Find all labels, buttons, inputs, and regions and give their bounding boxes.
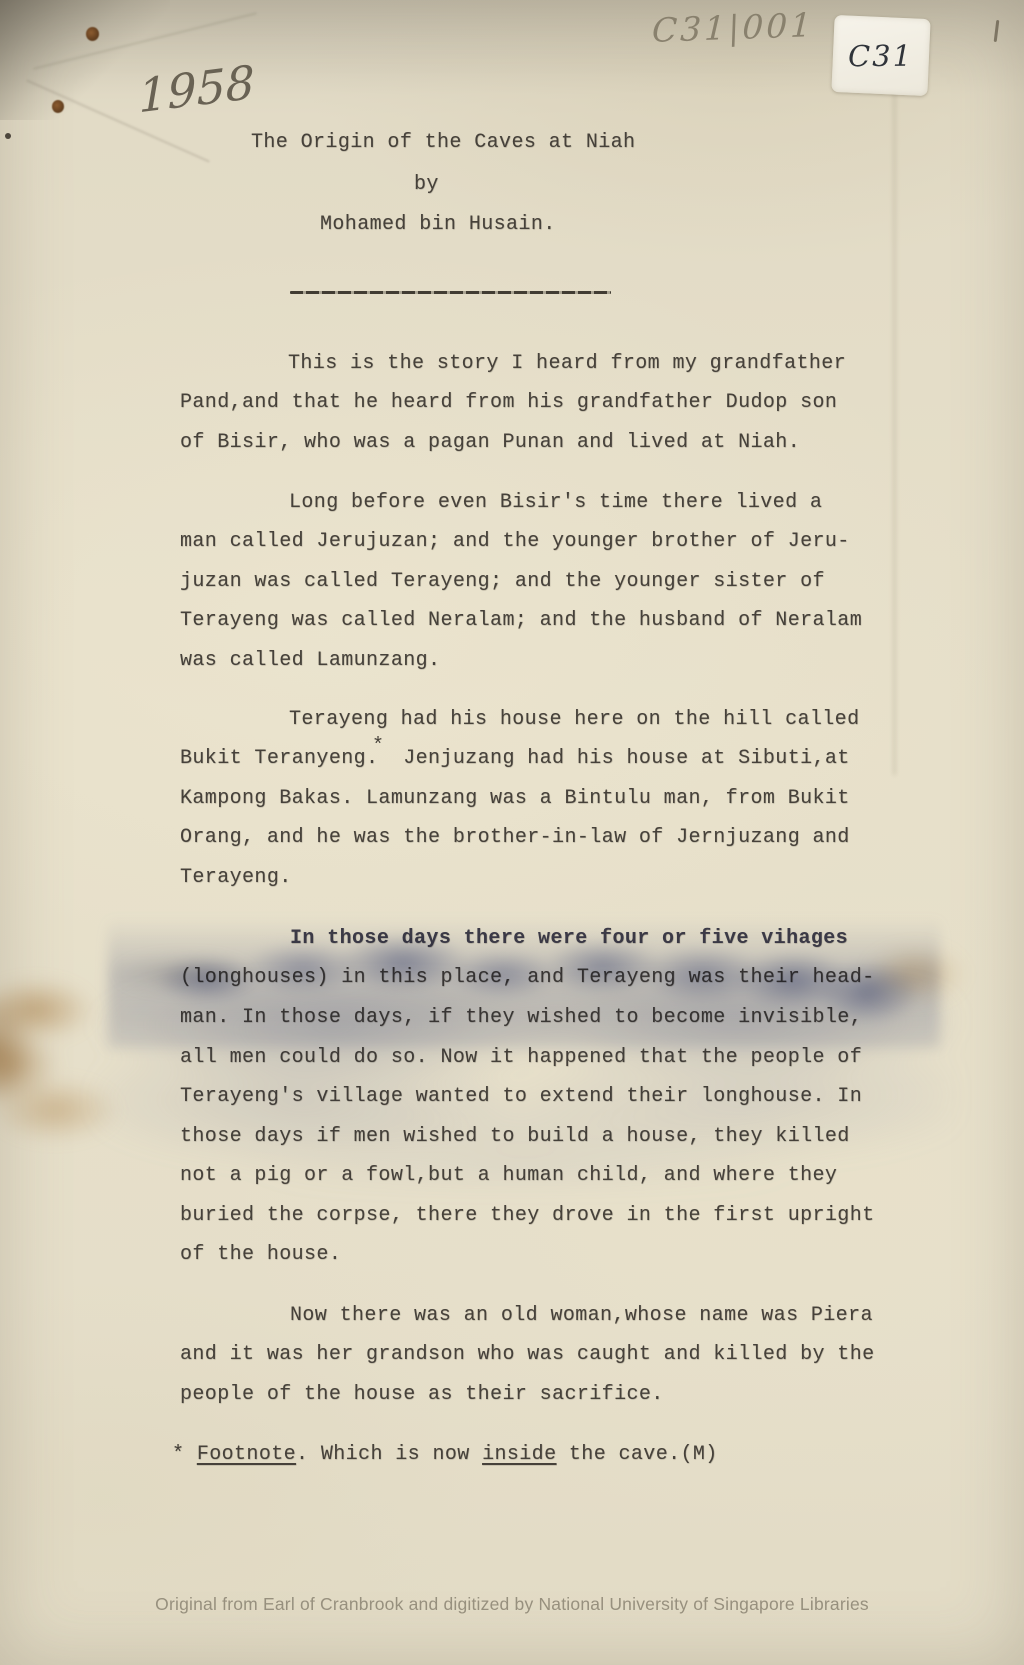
typed-line: all men could do so. Now it happened tha…: [180, 1046, 862, 1070]
typed-line: Kampong Bakas. Lamunzang was a Bintulu m…: [180, 787, 850, 811]
archive-label-sticker: C31: [831, 15, 930, 96]
typed-line: Bukit Teranyeng. Jenjuzang had his house…: [180, 747, 850, 771]
typed-line: Terayeng had his house here on the hill …: [289, 708, 860, 732]
typed-line: This is the story I heard from my grandf…: [288, 352, 846, 376]
typed-divider-rule: [290, 291, 611, 294]
typed-line: In those days there were four or five vi…: [290, 927, 848, 951]
typed-line: of the house.: [180, 1243, 341, 1267]
typed-line: of Bisir, who was a pagan Punan and live…: [180, 431, 800, 455]
typed-line: people of the house as their sacrifice.: [180, 1383, 664, 1407]
typed-line: buried the corpse, there they drove in t…: [180, 1204, 875, 1228]
typed-line: Orang, and he was the brother-in-law of …: [180, 826, 850, 850]
typed-line: (longhouses) in this place, and Terayeng…: [180, 966, 875, 990]
typed-line: Terayeng was called Neralam; and the hus…: [180, 609, 862, 633]
document-author: Mohamed bin Husain.: [320, 213, 556, 237]
typed-line: Long before even Bisir's time there live…: [289, 491, 822, 515]
typed-line: man called Jerujuzan; and the younger br…: [180, 530, 850, 554]
footnote-marker: *: [172, 1443, 197, 1466]
typed-line: Pand,and that he heard from his grandfat…: [180, 391, 837, 415]
brown-water-stain: [0, 955, 190, 1150]
document-title: The Origin of the Caves at Niah: [251, 131, 635, 155]
rust-spot: [86, 27, 99, 41]
footnote-text: . Which is now: [296, 1443, 482, 1466]
ink-speck: [5, 133, 11, 139]
footnote-text-tail: the cave.(M): [556, 1443, 717, 1466]
footnote-label: Footnote: [197, 1443, 296, 1466]
digitization-credit: Original from Earl of Cranbrook and digi…: [155, 1594, 869, 1615]
typed-line: those days if men wished to build a hous…: [180, 1125, 850, 1149]
footnote-emphasis: inside: [482, 1443, 556, 1466]
typed-line: not a pig or a fowl,but a human child, a…: [180, 1164, 837, 1188]
typed-line: Terayeng.: [180, 866, 292, 890]
handwritten-ref-code: C31|001: [651, 5, 815, 50]
typed-line: Terayeng's village wanted to extend thei…: [180, 1085, 862, 1109]
typed-line: was called Lamunzang.: [180, 649, 440, 673]
typed-line: man. In those days, if they wished to be…: [180, 1006, 862, 1030]
document-byline: by: [414, 173, 439, 197]
paper-crease: [893, 85, 896, 775]
rust-spot: [52, 100, 64, 113]
typed-line: Now there was an old woman,whose name wa…: [290, 1304, 873, 1328]
document-page: 1958 C31|001 C31 The Origin of the Caves…: [0, 0, 1024, 1665]
pen-tick-mark: [994, 20, 1000, 42]
typed-line: and it was her grandson who was caught a…: [180, 1343, 875, 1367]
handwritten-year: 1958: [138, 55, 255, 124]
footnote-line: * Footnote. Which is now inside the cave…: [172, 1443, 718, 1467]
typed-line: juzan was called Terayeng; and the young…: [180, 570, 825, 594]
archive-label-text: C31: [848, 38, 913, 73]
